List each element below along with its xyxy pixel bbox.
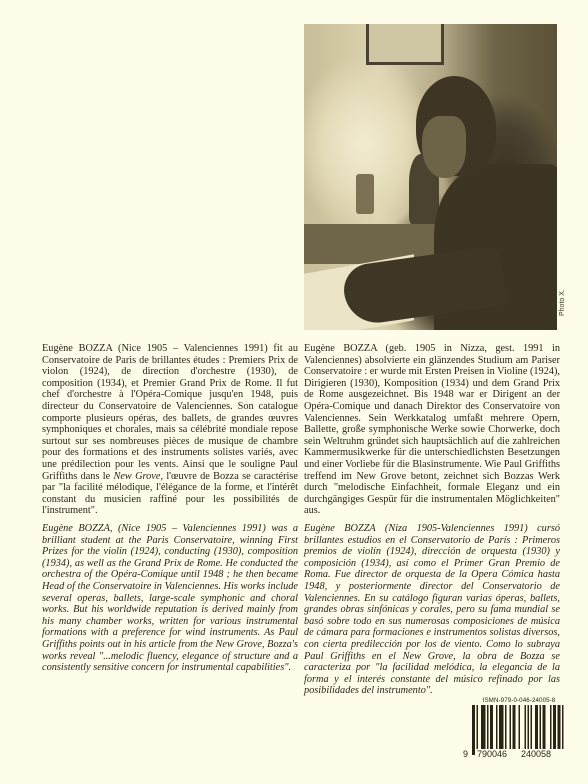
bio-spanish: Eugène BOZZA (Niza 1905-Valenciennes 199…	[304, 523, 560, 697]
bio-english: Eugène BOZZA, (Nice 1905 – Valenciennes …	[42, 523, 298, 674]
barcode: ISMN-979-0-046-24005-8 9 790046 240058	[462, 697, 566, 765]
barcode-lead-digit: 9	[462, 749, 469, 759]
composer-photo	[304, 24, 557, 330]
bio-german-text: Eugène BOZZA (geb. 1905 in Nizza, gest. …	[304, 343, 560, 517]
barcode-bars	[462, 705, 566, 755]
bio-english-text: Eugène BOZZA, (Nice 1905 – Valenciennes …	[42, 523, 298, 674]
bio-french-text: Eugène BOZZA (Nice 1905 – Valenciennes 1…	[42, 343, 298, 517]
photo-credit: Photo X.	[559, 289, 566, 316]
bio-french-part1: Eugène BOZZA (Nice 1905 – Valenciennes 1…	[42, 343, 298, 482]
photo-lamp	[356, 174, 374, 214]
photo-wall-frame	[366, 24, 444, 65]
barcode-digits: 9 790046 240058	[462, 755, 566, 765]
photo-figure-face	[422, 116, 466, 178]
bio-german: Eugène BOZZA (geb. 1905 in Nizza, gest. …	[304, 343, 560, 517]
bio-french: Eugène BOZZA (Nice 1905 – Valenciennes 1…	[42, 343, 298, 517]
ismn-label: ISMN-979-0-046-24005-8	[472, 697, 566, 704]
barcode-right-digits: 240058	[520, 749, 552, 759]
barcode-left-digits: 790046	[476, 749, 508, 759]
bio-spanish-text: Eugène BOZZA (Niza 1905-Valenciennes 199…	[304, 523, 560, 697]
bio-french-new-grove: New Grove	[113, 471, 160, 482]
